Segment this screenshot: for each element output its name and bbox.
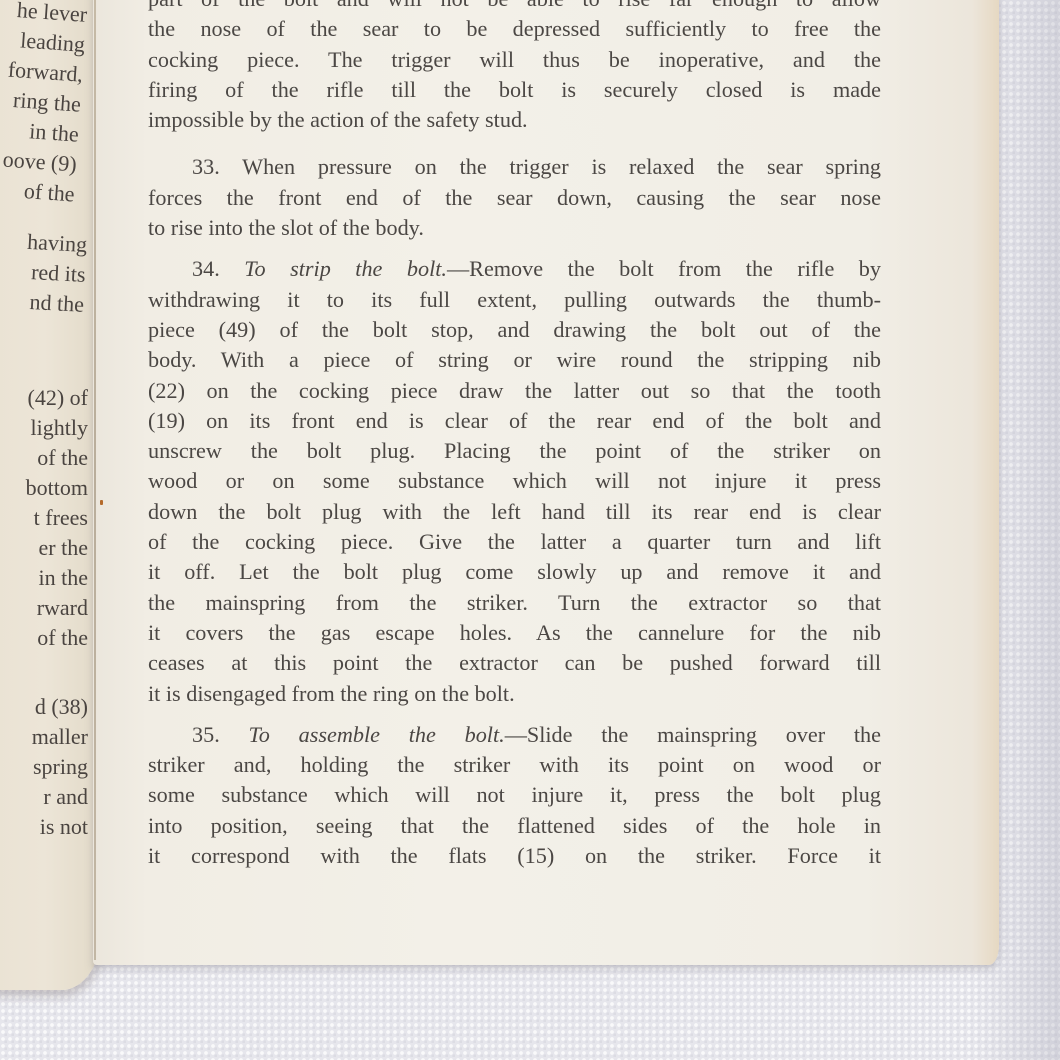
text-line: down the bolt plug with the left hand ti… (148, 497, 881, 527)
text-line: it correspond with the flats (15) on the… (148, 841, 881, 871)
text-line: to rise into the slot of the body. (148, 213, 881, 243)
section-heading: To assemble the bolt. (249, 722, 505, 747)
paragraph-33: 33. When pressure on the trigger is rela… (148, 152, 881, 243)
text-line: cocking piece. The trigger will thus be … (148, 45, 881, 75)
em-dash: — (447, 256, 469, 281)
text-line: 33. When pressure on the trigger is rela… (148, 152, 881, 182)
text-line: the nose of the sear to be depressed suf… (148, 14, 881, 44)
text-line: the mainspring from the striker. Turn th… (148, 588, 881, 618)
paragraph-number: 34. (192, 256, 220, 281)
left-fragment: d (38) (32, 692, 88, 722)
text-line: (19) on its front end is clear of the re… (148, 406, 881, 436)
text-line: wood or on some substance which will not… (148, 466, 881, 496)
text-line: piece (49) of the bolt stop, and drawing… (148, 315, 881, 345)
left-fragment: rward (26, 593, 88, 623)
left-page-text-group-2: having red its nd the (23, 227, 88, 320)
text-line: striker and, holding the striker with it… (148, 750, 881, 780)
right-page: part of the bolt and will not be able to… (93, 0, 999, 965)
text-line: firing of the rifle till the bolt is sec… (148, 75, 881, 105)
left-page-text-group-4: d (38) maller spring r and is not (32, 692, 88, 842)
text-line: it is disengaged from the ring on the bo… (148, 679, 881, 709)
text-line: impossible by the action of the safety s… (148, 105, 881, 135)
book-gutter (94, 0, 96, 960)
text-line: unscrew the bolt plug. Placing the point… (148, 436, 881, 466)
text-line: part of the bolt and will not be able to… (148, 0, 881, 14)
continuation-paragraph: part of the bolt and will not be able to… (148, 0, 881, 135)
left-fragment: r and (32, 782, 88, 812)
text-line: it covers the gas escape holes. As the c… (148, 618, 881, 648)
paragraph-34: 34. To strip the bolt.—Remove the bolt f… (148, 254, 881, 708)
paragraph-number: 35. (192, 722, 220, 747)
text-line: forces the front end of the sear down, c… (148, 183, 881, 213)
left-fragment: nd the (23, 287, 84, 320)
text-line: it off. Let the bolt plug come slowly up… (148, 557, 881, 587)
text-line: ceases at this point the extractor can b… (148, 648, 881, 678)
left-fragment: ring the (5, 85, 82, 120)
text-run: When pressure on the trigger is relaxed … (242, 154, 881, 179)
left-fragment: oove (9) (0, 144, 77, 179)
paragraph-35: 35. To assemble the bolt.—Slide the main… (148, 720, 881, 871)
gutter-stain (100, 500, 103, 505)
left-fragment: t frees (26, 503, 88, 533)
text-line: of the cocking piece. Give the latter a … (148, 527, 881, 557)
text-run: Slide the mainspring over the (527, 722, 881, 747)
paragraph-number: 33. (192, 154, 220, 179)
left-page: he lever leading forward, ring the in th… (0, 0, 102, 990)
left-fragment: of the (0, 174, 75, 209)
text-line: body. With a piece of string or wire rou… (148, 345, 881, 375)
left-fragment: er the (26, 533, 88, 563)
left-page-text-group-3: (42) of lightly of the bottom t frees er… (26, 383, 88, 653)
text-line: 34. To strip the bolt.—Remove the bolt f… (148, 254, 881, 284)
left-fragment: having (27, 227, 88, 260)
text-line: withdrawing it to its full extent, pulli… (148, 285, 881, 315)
text-line: into position, seeing that the flattened… (148, 811, 881, 841)
left-fragment: spring (32, 752, 88, 782)
left-fragment: of the (26, 623, 88, 653)
text-line: 35. To assemble the bolt.—Slide the main… (148, 720, 881, 750)
left-fragment: maller (32, 722, 88, 752)
left-fragment: in the (26, 563, 88, 593)
em-dash: — (505, 722, 527, 747)
left-fragment: red its (25, 257, 86, 290)
left-fragment: is not (32, 812, 88, 842)
left-fragment: lightly (26, 413, 88, 443)
page-body: part of the bolt and will not be able to… (148, 0, 881, 882)
left-fragment: (42) of (26, 383, 88, 413)
text-run: Remove the bolt from the rifle by (469, 256, 881, 281)
left-fragment: of the (26, 443, 88, 473)
section-heading: To strip the bolt. (244, 256, 447, 281)
left-page-text-group-1: he lever leading forward, ring the in th… (0, 0, 88, 209)
text-line: (22) on the cocking piece draw the latte… (148, 376, 881, 406)
left-fragment: bottom (26, 473, 88, 503)
text-line: some substance which will not injure it,… (148, 780, 881, 810)
